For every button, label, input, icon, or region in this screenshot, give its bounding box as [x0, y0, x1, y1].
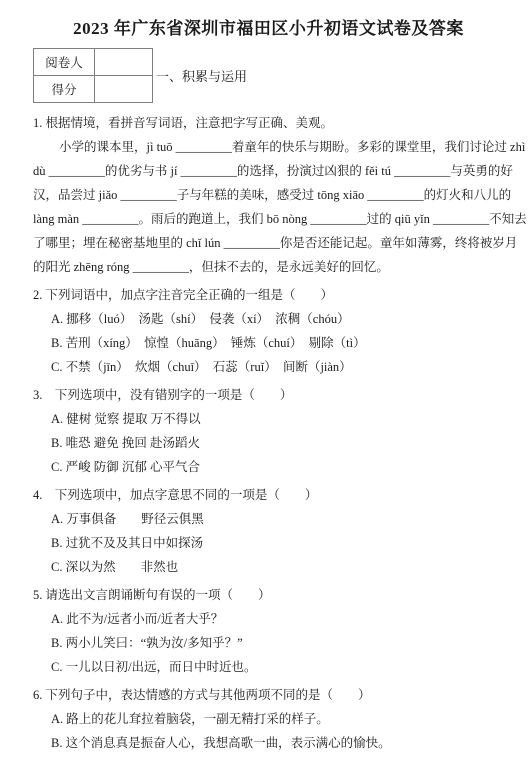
question-6-option-b: B. 这个消息真是振奋人心，我想高歌一曲，表示满心的愉快。 — [51, 731, 504, 755]
question-3-option-c: C. 严峻 防御 沉郁 心平气合 — [51, 455, 504, 479]
question-4-option-b: B. 过犹不及及其日中如探汤 — [51, 531, 504, 555]
question-5-option-a: A. 此不为/远者小而/近者大乎？ — [51, 607, 504, 631]
score-value-cell — [95, 76, 153, 103]
header-row: 阅卷人 得分 一、积累与运用 — [33, 48, 504, 103]
section-heading: 一、积累与运用 — [156, 66, 247, 85]
grading-table-row-score: 得分 — [34, 76, 153, 103]
question-3: 3. 下列选项中，没有错别字的一项是（ ） A. 健树 觉察 提取 万不得以 B… — [33, 383, 504, 479]
question-2: 2. 下列词语中，加点字注音完全正确的一组是（ ） A. 挪移（luó） 汤匙（… — [33, 283, 504, 379]
question-4-stem: 4. 下列选项中，加点字意思不同的一项是（ ） — [33, 483, 504, 507]
question-3-stem: 3. 下列选项中，没有错别字的一项是（ ） — [33, 383, 504, 407]
question-1-paragraph-line: 的阳光 zhēng róng _________，但抹不去的，是永远美好的回忆。 — [33, 255, 504, 279]
page-title: 2023 年广东省深圳市福田区小升初语文试卷及答案 — [33, 14, 504, 39]
grading-table: 阅卷人 得分 — [33, 48, 153, 103]
reviewer-value-cell — [95, 49, 153, 76]
question-3-option-b: B. 唯恐 避免 挽回 赴汤蹈火 — [51, 431, 504, 455]
question-1-paragraph-line: 汉，品尝过 jiǎo _________子与年糕的美味，感受过 tōng xiā… — [33, 183, 504, 207]
question-6: 6. 下列句子中，表达情感的方式与其他两项不同的是（ ） A. 路上的花儿耷拉着… — [33, 683, 504, 755]
question-4: 4. 下列选项中，加点字意思不同的一项是（ ） A. 万事俱备 野径云俱黑 B.… — [33, 483, 504, 579]
question-5: 5. 请选出文言朗诵断句有误的一项（ ） A. 此不为/远者小而/近者大乎？ B… — [33, 583, 504, 679]
exam-document-page: 2023 年广东省深圳市福田区小升初语文试卷及答案 阅卷人 得分 一、积累与运用… — [0, 0, 528, 763]
question-5-option-b: B. 两小儿笑曰：“孰为汝/多知乎？” — [51, 631, 504, 655]
question-5-option-c: C. 一儿以日初/出远，而日中时近也。 — [51, 655, 504, 679]
question-6-stem: 6. 下列句子中，表达情感的方式与其他两项不同的是（ ） — [33, 683, 504, 707]
question-1-paragraph-line: dù _________的优劣与书 jí _________的选择，扮演过凶狠的… — [33, 159, 504, 183]
grading-table-row-reviewer: 阅卷人 — [34, 49, 153, 76]
question-1-paragraph-line: làng màn _________。雨后的跑道上，我们 bō nòng ___… — [33, 207, 504, 231]
question-4-option-c: C. 深以为然 非然也 — [51, 555, 504, 579]
score-label: 得分 — [34, 76, 95, 103]
question-2-option-c: C. 不禁（jīn） 炊烟（chuī） 石蕊（ruǐ） 间断（jiàn） — [51, 355, 504, 379]
question-2-option-a: A. 挪移（luó） 汤匙（shí） 侵袭（xí） 浓稠（chóu） — [51, 307, 504, 331]
question-2-option-b: B. 苦刑（xíng） 惊惶（huāng） 锤炼（chuí） 剔除（tì） — [51, 331, 504, 355]
question-1-stem: 1. 根据情境，看拼音写词语，注意把字写正确、美观。 — [33, 111, 504, 135]
question-4-option-a: A. 万事俱备 野径云俱黑 — [51, 507, 504, 531]
question-1-paragraph-line: 小学的课本里，jì tuō _________着童年的快乐与期盼。多彩的课堂里，… — [33, 135, 504, 159]
reviewer-label: 阅卷人 — [34, 49, 95, 76]
question-1: 1. 根据情境，看拼音写词语，注意把字写正确、美观。 小学的课本里，jì tuō… — [33, 111, 504, 279]
question-3-option-a: A. 健树 觉察 提取 万不得以 — [51, 407, 504, 431]
question-2-stem: 2. 下列词语中，加点字注音完全正确的一组是（ ） — [33, 283, 504, 307]
question-1-paragraph-line: 了哪里；埋在秘密基地里的 chǐ lún _________你是否还能记起。童年… — [33, 231, 504, 255]
question-5-stem: 5. 请选出文言朗诵断句有误的一项（ ） — [33, 583, 504, 607]
question-6-option-a: A. 路上的花儿耷拉着脑袋，一副无精打采的样子。 — [51, 707, 504, 731]
